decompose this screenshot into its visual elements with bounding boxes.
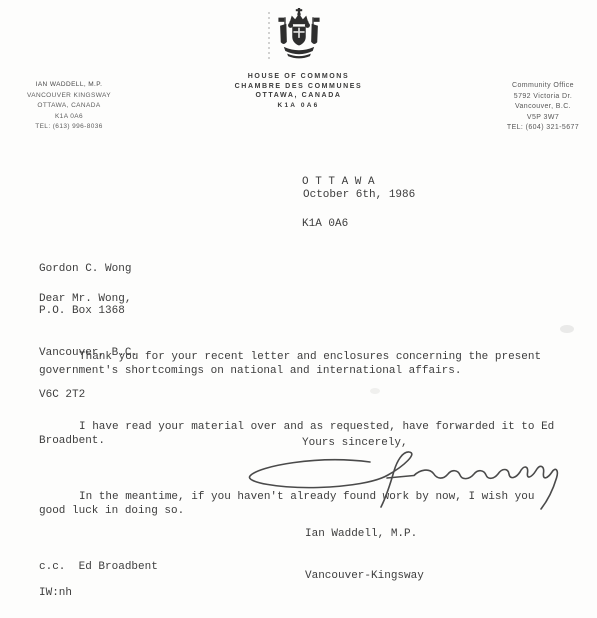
office-line: OTTAWA, CANADA [19,101,119,112]
office-line: Vancouver, B.C. [493,102,593,113]
origin-city: O T T A W A [302,175,375,189]
typist-initials: IW:nh [39,586,72,600]
body-paragraph: I have read your material over and as re… [39,420,559,448]
signatory-riding: Vancouver-Kingsway [305,569,424,583]
canadian-coat-of-arms-icon [272,6,326,64]
letter-date: October 6th, 1986 [303,188,415,202]
cc-notation: c.c. Ed Broadbent [39,560,158,574]
office-line: 5792 Victoria Dr. [493,92,593,103]
office-line: V5P 3W7 [493,113,593,124]
scan-smudge [560,325,574,333]
office-line: TEL: (613) 996-8036 [19,122,119,133]
office-line: Community Office [493,81,593,92]
body-paragraph: Thank you for your recent letter and enc… [39,350,559,378]
letter-body: Thank you for your recent letter and enc… [39,322,559,560]
origin-address: O T T A W A K1A 0A6 [302,147,375,259]
signatory-name: Ian Waddell, M.P. [305,527,424,541]
community-office-block: Community Office 5792 Victoria Dr. Vanco… [493,81,593,134]
office-line: K1A 0A6 [19,112,119,123]
office-line: VANCOUVER KINGSWAY [19,91,119,102]
origin-postal: K1A 0A6 [302,217,375,231]
office-line: TEL: (604) 321-5677 [493,123,593,134]
recipient-line: Gordon C. Wong [39,262,138,276]
signature-block: Ian Waddell, M.P. Vancouver-Kingsway [305,499,424,611]
scanned-letter-page: HOUSE OF COMMONS CHAMBRE DES COMMUNES OT… [0,0,597,618]
recipient-line: P.O. Box 1368 [39,304,138,318]
scan-smudge [370,388,380,394]
ottawa-office-block: IAN WADDELL, M.P. VANCOUVER KINGSWAY OTT… [19,80,119,133]
office-line: IAN WADDELL, M.P. [19,80,119,91]
salutation: Dear Mr. Wong, [39,292,131,306]
